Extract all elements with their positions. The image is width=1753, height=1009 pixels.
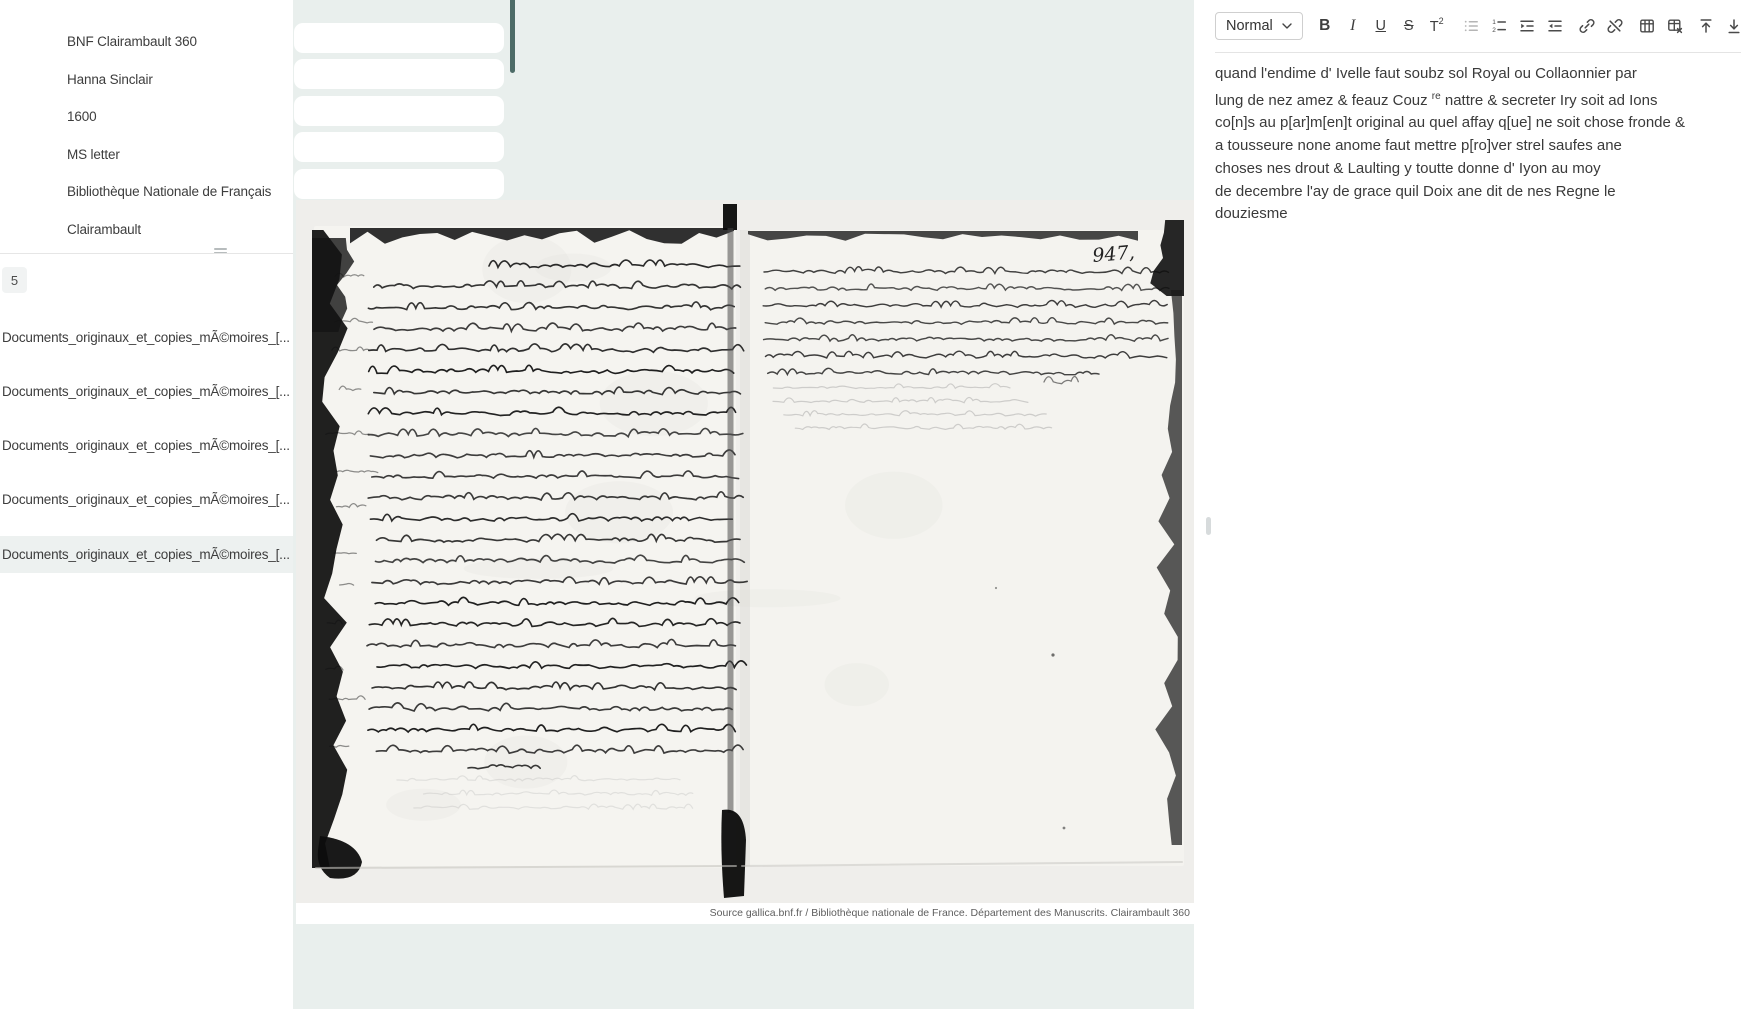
note-line: douziesme (1215, 203, 1740, 226)
superscript-icon: T2 (1430, 17, 1444, 35)
metadata-input-field[interactable] (294, 96, 504, 126)
toolbar-divider (1215, 52, 1741, 53)
sidebar: BNF Clairambault 360 Hanna Sinclair 1600… (0, 0, 293, 1009)
outdent-button[interactable] (1541, 12, 1569, 40)
svg-text:2: 2 (1492, 27, 1496, 34)
bold-button[interactable]: B (1311, 12, 1339, 40)
panel-resize-handle[interactable] (1206, 517, 1211, 535)
note-editor-panel: Normal B I U S T2 1 2 (1194, 0, 1753, 1009)
strikethrough-button[interactable]: S (1395, 12, 1423, 40)
note-line: de decembre l'ay de grace quil Doix ane … (1215, 181, 1740, 204)
metadata-value-archive[interactable]: Bibliothèque Nationale de Français (67, 183, 293, 200)
metadata-input-field[interactable] (294, 132, 504, 162)
metadata-input-field[interactable] (294, 59, 504, 89)
list-item[interactable]: Documents_originaux_et_copies_mÃ©moires_… (0, 427, 293, 464)
paragraph-style-label: Normal (1226, 18, 1273, 34)
note-line: co[n]s au p[ar]m[en]t original au quel a… (1215, 112, 1740, 135)
link-icon (1578, 17, 1596, 35)
image-viewer: 947, Source gallica.bnf.fr / Bibliothèqu… (293, 0, 1194, 1009)
insert-table-icon (1638, 17, 1656, 35)
delete-table-button[interactable] (1661, 12, 1689, 40)
insert-table-button[interactable] (1633, 12, 1661, 40)
photo-count-badge: 5 (2, 267, 27, 293)
scrollbar-thumb[interactable] (510, 0, 515, 73)
italic-button[interactable]: I (1339, 12, 1367, 40)
link-button[interactable] (1573, 12, 1601, 40)
metadata-input-field[interactable] (294, 23, 504, 53)
delete-table-icon (1666, 17, 1684, 35)
metadata-value-creator[interactable]: Hanna Sinclair (67, 71, 293, 88)
manuscript-scan[interactable]: 947, (296, 200, 1194, 903)
unlink-button[interactable] (1601, 12, 1629, 40)
note-line: a tousseure none anome faut mettre p[ro]… (1215, 135, 1740, 158)
panel-divider (0, 253, 293, 254)
svg-text:947,: 947, (1092, 241, 1136, 267)
underline-button[interactable]: U (1367, 12, 1395, 40)
strikethrough-icon: S (1404, 18, 1414, 34)
outdent-icon (1546, 17, 1564, 35)
metadata-value-title[interactable]: BNF Clairambault 360 (67, 33, 293, 50)
image-source-caption: Source gallica.bnf.fr / Bibliothèque nat… (296, 903, 1194, 924)
chevron-down-icon (1282, 23, 1292, 29)
svg-text:1: 1 (1492, 19, 1496, 26)
italic-icon: I (1350, 17, 1355, 35)
superscript-text: re (1432, 91, 1441, 102)
metadata-value-list: BNF Clairambault 360 Hanna Sinclair 1600… (0, 0, 293, 234)
bullet-list-button[interactable] (1457, 12, 1485, 40)
note-line: lung de nez amez & feauz Couz re nattre … (1215, 86, 1740, 113)
arrow-down-to-line-button[interactable] (1720, 12, 1748, 40)
metadata-value-date[interactable]: 1600 (67, 108, 293, 125)
list-item[interactable]: Documents_originaux_et_copies_mÃ©moires_… (0, 319, 293, 356)
metadata-input-field[interactable] (294, 169, 504, 199)
arrow-down-to-line-icon (1725, 17, 1743, 35)
superscript-button[interactable]: T2 (1423, 12, 1451, 40)
metadata-value-collection[interactable]: Clairambault (67, 221, 293, 234)
indent-button[interactable] (1513, 12, 1541, 40)
ordered-list-icon: 1 2 (1490, 17, 1508, 35)
underline-icon: U (1375, 18, 1385, 34)
note-text-area[interactable]: quand l'endime d' Ivelle faut soubz sol … (1215, 63, 1740, 226)
note-line: quand l'endime d' Ivelle faut soubz sol … (1215, 63, 1740, 86)
list-item-selected[interactable]: Documents_originaux_et_copies_mÃ©moires_… (0, 536, 293, 573)
paragraph-style-dropdown[interactable]: Normal (1215, 12, 1303, 40)
list-item[interactable]: Documents_originaux_et_copies_mÃ©moires_… (0, 373, 293, 410)
indent-icon (1518, 17, 1536, 35)
note-toolbar: Normal B I U S T2 1 2 (1194, 0, 1753, 52)
arrow-up-to-line-icon (1697, 17, 1715, 35)
ordered-list-button[interactable]: 1 2 (1485, 12, 1513, 40)
panel-resize-grip-icon[interactable] (214, 248, 227, 255)
unlink-icon (1606, 17, 1624, 35)
list-item[interactable]: Documents_originaux_et_copies_mÃ©moires_… (0, 481, 293, 518)
bullet-list-icon (1462, 17, 1480, 35)
metadata-value-type[interactable]: MS letter (67, 146, 293, 163)
note-line: choses nes drout & Laulting y toutte don… (1215, 158, 1740, 181)
app-window: BNF Clairambault 360 Hanna Sinclair 1600… (0, 0, 1753, 1009)
bold-icon: B (1319, 17, 1330, 35)
arrow-up-to-line-button[interactable] (1692, 12, 1720, 40)
